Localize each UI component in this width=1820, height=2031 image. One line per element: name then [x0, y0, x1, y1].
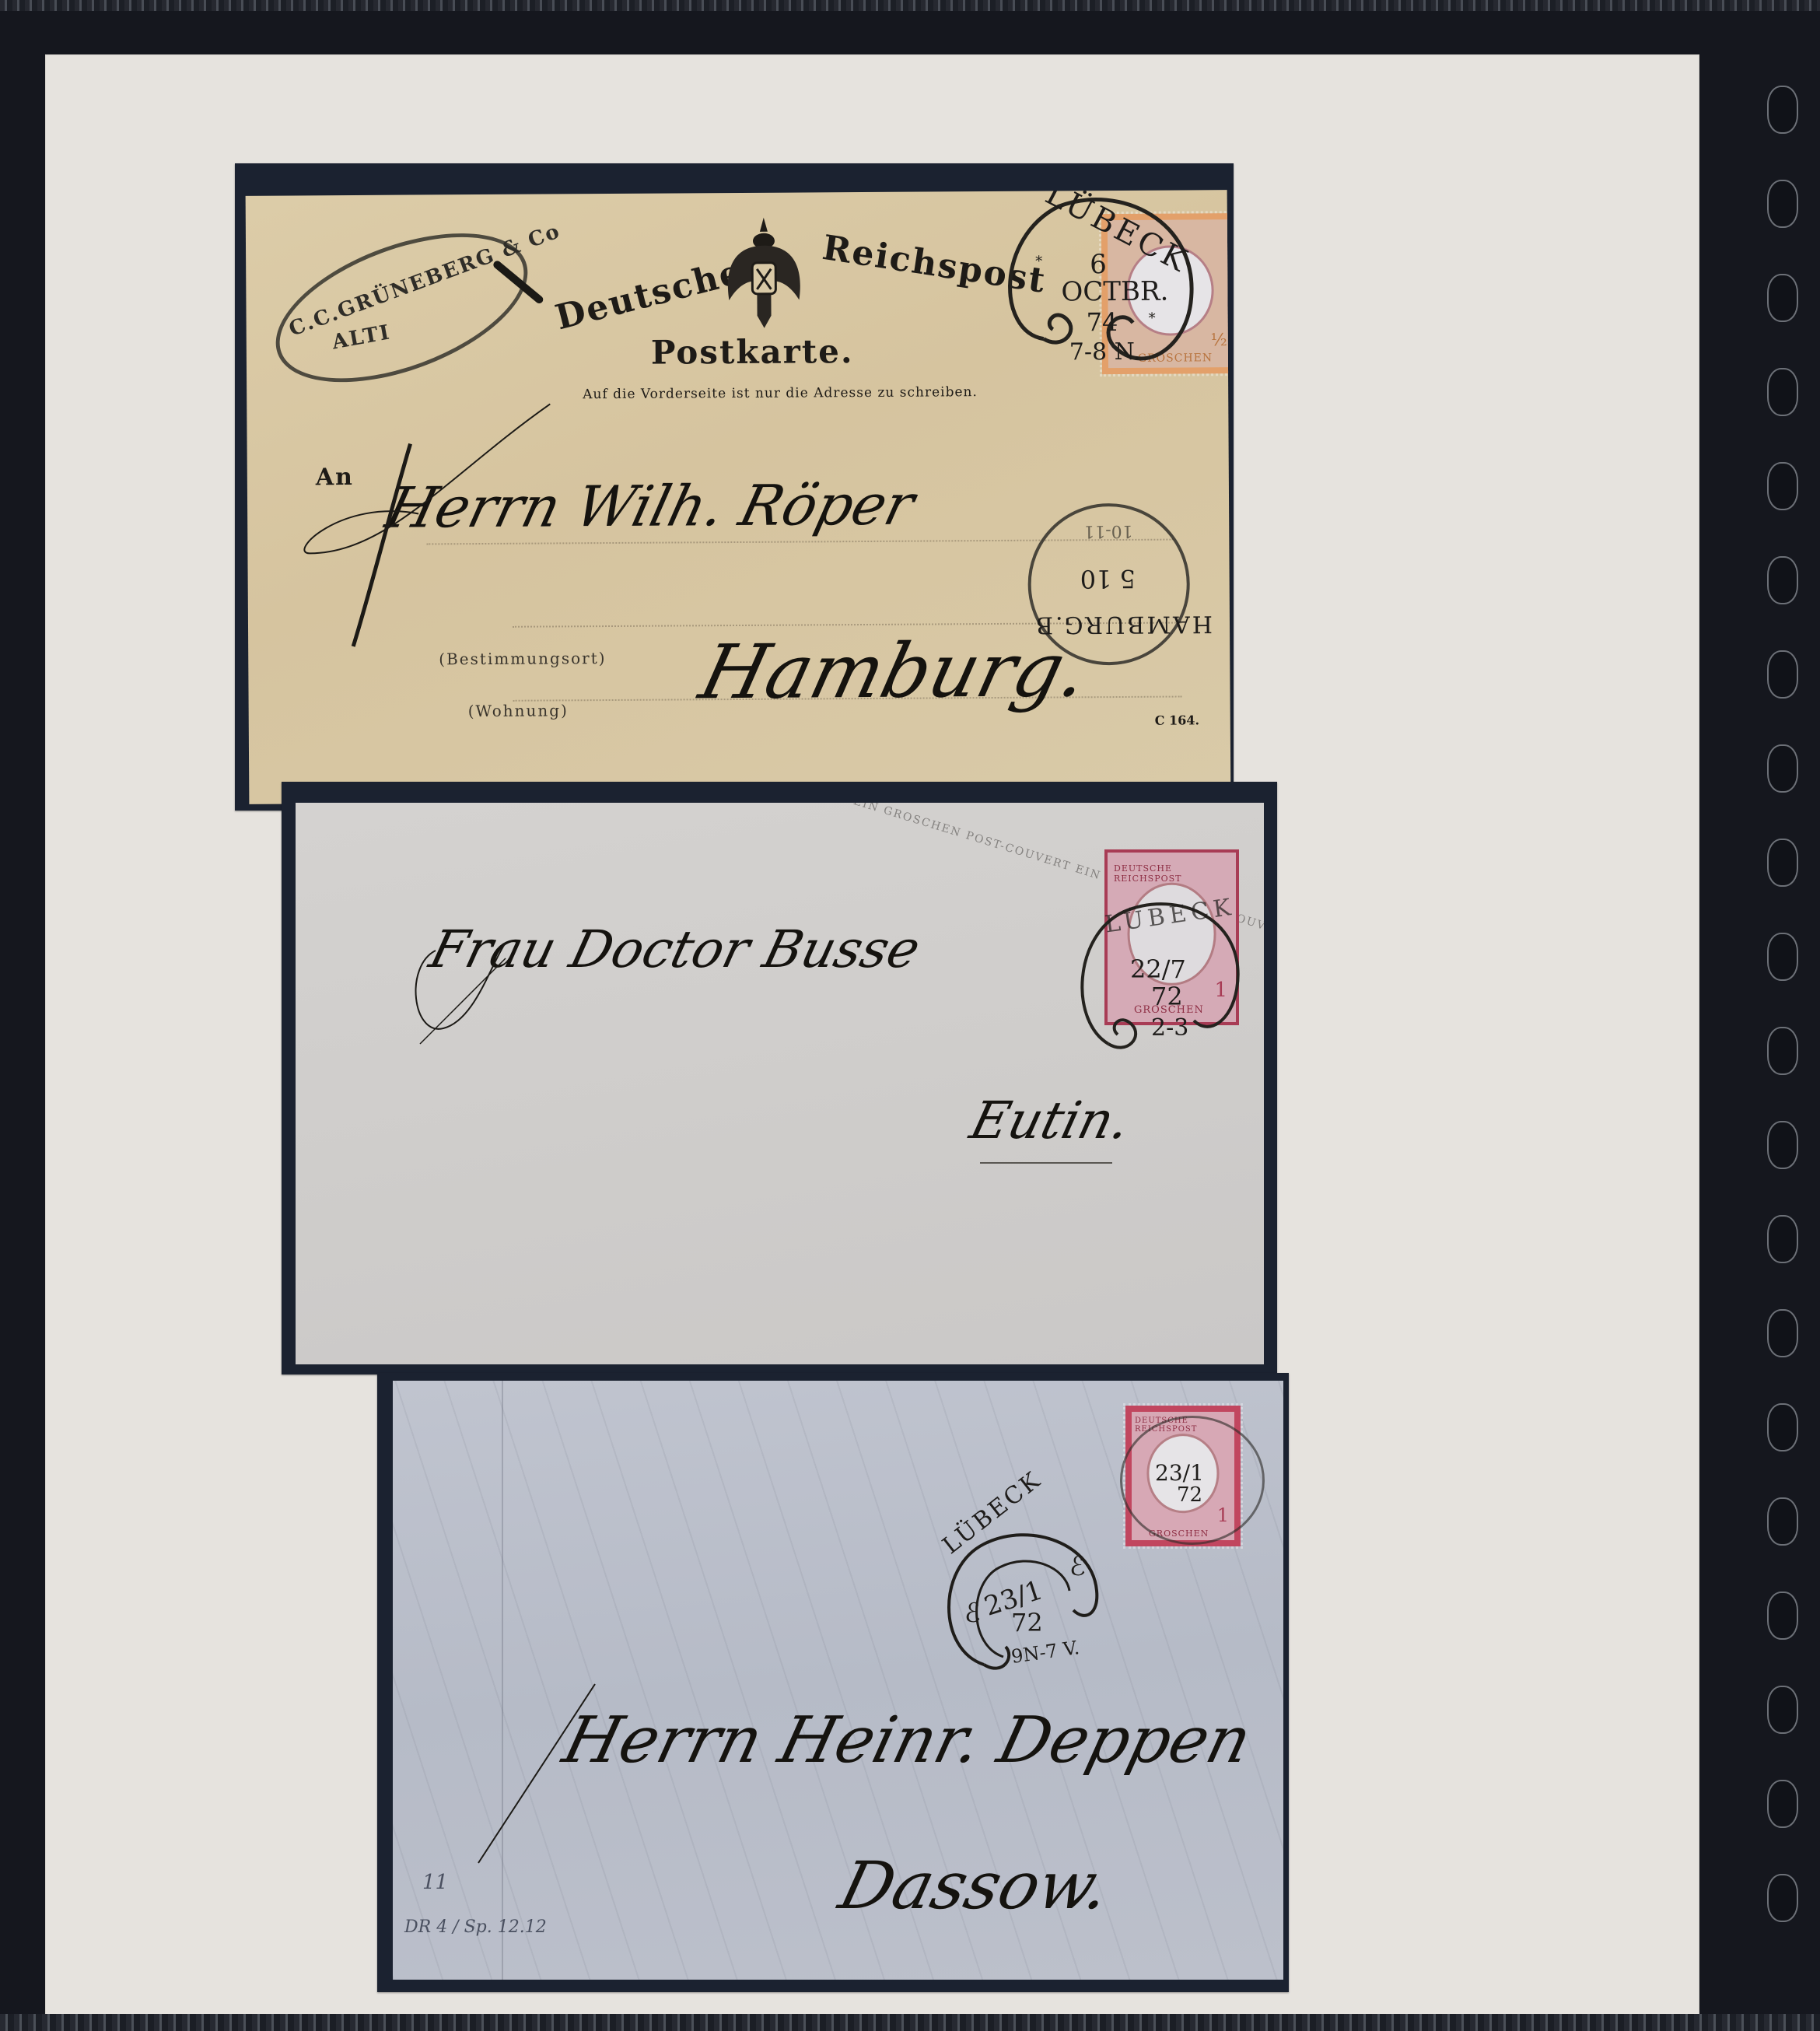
destination-city: Eutin.: [964, 1091, 1136, 1150]
label-residence: (Wohnung): [468, 701, 569, 720]
addressee-flourish: [463, 1676, 618, 1871]
binder-hole: [1767, 274, 1798, 322]
arrival-cancel-time: 10-11: [1083, 521, 1133, 541]
arrival-cancel-town: HAMBURG.B: [1034, 610, 1213, 638]
addressee-flourish: [412, 935, 521, 1052]
binder-hole: [1767, 462, 1798, 510]
cancel-year: 72: [1011, 1608, 1043, 1637]
destination-city: Dassow.: [832, 1847, 1118, 1924]
binder-hole: [1767, 1027, 1798, 1075]
cancel-year: 72: [1151, 982, 1183, 1011]
binder-edge-bottom: [0, 2014, 1820, 2031]
binder-hole: [1767, 1121, 1798, 1169]
postkarte-title: Postkarte.: [651, 332, 854, 372]
binder-hole: [1767, 1780, 1798, 1828]
cancel-date: 22/7: [1130, 954, 1186, 984]
svg-text:ℰ: ℰ: [964, 1598, 981, 1629]
binder-hole: [1767, 1497, 1798, 1546]
binder-hole: [1767, 1686, 1798, 1734]
svg-text:ℰ: ℰ: [1069, 1551, 1086, 1582]
binder-hole: [1767, 650, 1798, 699]
cancel-year: 74: [1087, 307, 1118, 337]
binder-hole: [1767, 1309, 1798, 1357]
postcard[interactable]: C.C.GRÜNEBERG & Co ALTI Deutsche Reichsp…: [246, 190, 1231, 804]
stamp-cancel-year: 72: [1177, 1483, 1202, 1507]
imperial-eagle-icon: [718, 214, 810, 331]
addressee-flourish: [293, 396, 621, 655]
binder-hole: [1767, 744, 1798, 793]
envelope[interactable]: EIN GROSCHEN POST-COUVERT EIN GROSCHEN P…: [296, 803, 1264, 1364]
folded-letter[interactable]: ℰ ℰ LÜBECK 23/1 72 9N-7 V. DEUTSCHE REIC…: [393, 1381, 1283, 1980]
cancel-month: OCTBR.: [1061, 276, 1168, 308]
binder-hole: [1767, 86, 1798, 134]
binder-hole: [1767, 1874, 1798, 1922]
label-destination: (Bestimmungsort): [439, 649, 606, 668]
destination-city: Hamburg.: [692, 626, 1097, 716]
binder-hole: [1767, 368, 1798, 416]
addressee-name: Herrn Heinr. Deppen: [556, 1704, 1258, 1777]
stamp-header: DEUTSCHE REICHSPOST: [1114, 863, 1236, 884]
pencil-note: DR 4 / Sp. 12.12: [404, 1917, 547, 1937]
binder-hole: [1767, 839, 1798, 887]
binder-hole: [1767, 1403, 1798, 1451]
cancel-time: 2-3: [1151, 1014, 1188, 1042]
form-number: C 164.: [1155, 713, 1199, 727]
svg-text:*: *: [1149, 310, 1156, 327]
destination-underline: [980, 1162, 1112, 1164]
binder-hole: [1767, 1592, 1798, 1640]
stamp-cancel-date: 23/1: [1155, 1460, 1204, 1486]
binder-hole: [1767, 1215, 1798, 1263]
binder-holes: [1767, 86, 1801, 1968]
binder-edge-top: [0, 0, 1820, 11]
sender-oval-stamp: [256, 204, 547, 412]
binder-hole: [1767, 556, 1798, 604]
svg-text:*: *: [1035, 254, 1042, 270]
binder-hole: [1767, 933, 1798, 981]
arrival-cancel-date: 5 10: [1080, 564, 1136, 594]
pencil-mark: 11: [422, 1871, 448, 1894]
binder-hole: [1767, 180, 1798, 228]
cancel-time: 7-8 N.: [1069, 338, 1141, 366]
instruction-line: Auf die Vorderseite ist nur die Adresse …: [583, 384, 978, 402]
